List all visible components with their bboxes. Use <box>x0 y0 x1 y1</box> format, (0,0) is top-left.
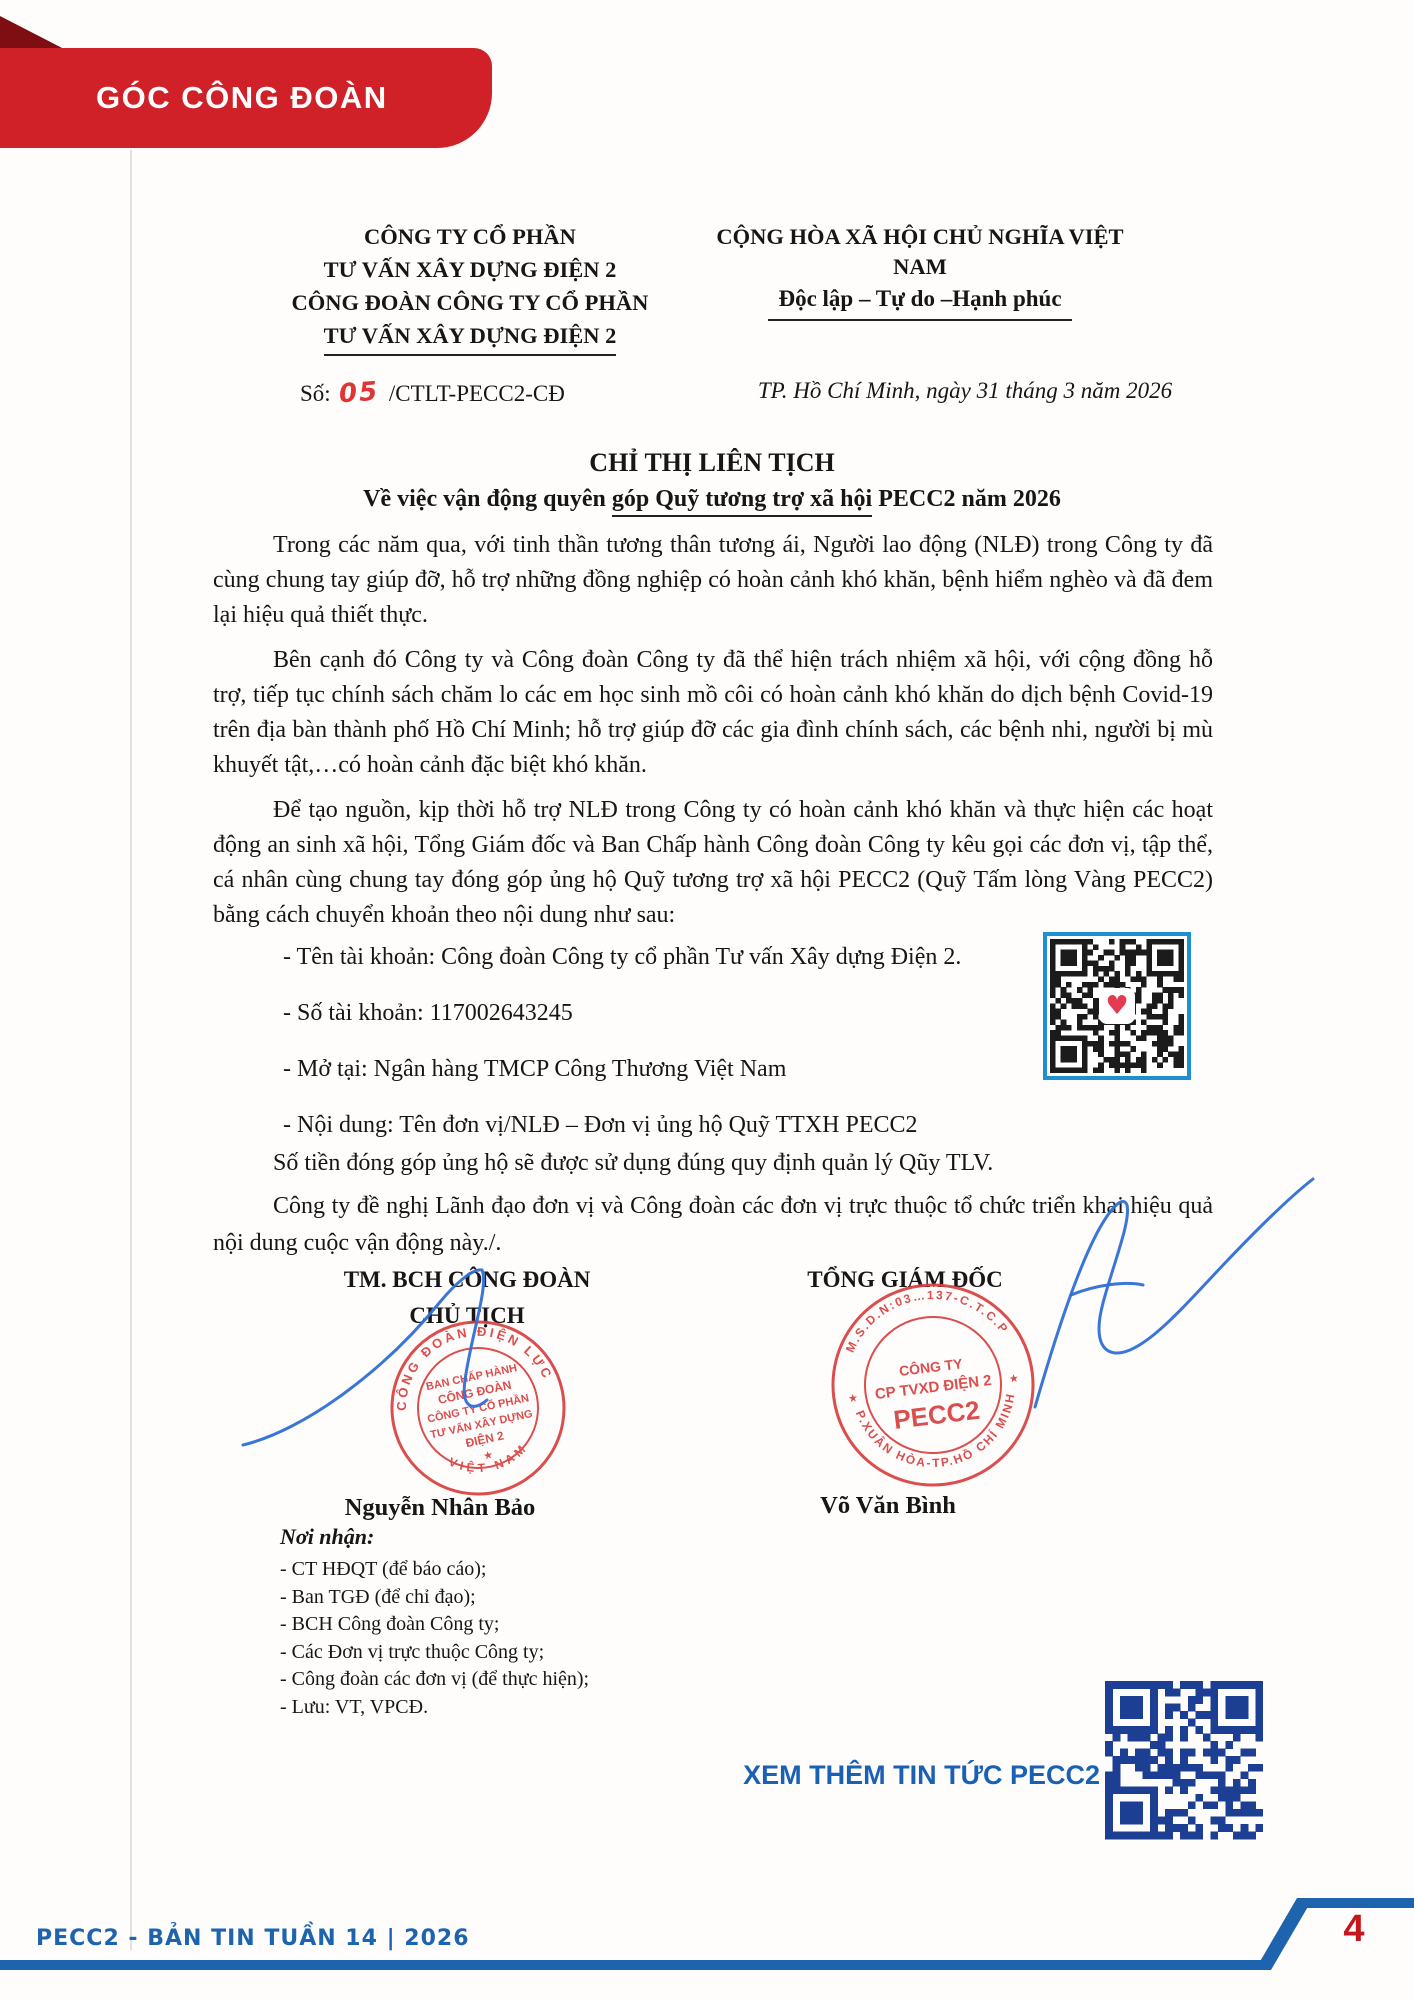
news-promo-label: XEM THÊM TIN TỨC PECC2 <box>600 1760 1100 1791</box>
recipient-item: - Các Đơn vị trực thuộc Công ty; <box>280 1639 800 1667</box>
stamp-line: PECC2 <box>892 1395 982 1435</box>
union-signer-name: Nguyễn Nhân Bảo <box>290 1494 590 1522</box>
document-title-block: CHỈ THỊ LIÊN TỊCH Về việc vận động quyên… <box>207 448 1217 513</box>
handwritten-number: 05 <box>338 377 380 410</box>
account-name-line: - Tên tài khoản: Công đoàn Công ty cổ ph… <box>283 940 1083 975</box>
paragraph: Bên cạnh đó Công ty và Công đoàn Công ty… <box>213 643 1213 783</box>
recipient-item: - BCH Công đoàn Công ty; <box>280 1611 800 1639</box>
heart-logo-icon: ♥ <box>1099 988 1135 1024</box>
donation-qr-code: ♥ <box>1043 932 1191 1080</box>
document-title: CHỈ THỊ LIÊN TỊCH <box>207 448 1217 478</box>
section-banner-label: GÓC CÔNG ĐOÀN <box>96 80 388 116</box>
document-subtitle: Về việc vận động quyên góp Quỹ tương trợ… <box>207 486 1217 513</box>
transfer-content-line: - Nội dung: Tên đơn vị/NLĐ – Đơn vị ủng … <box>283 1108 1083 1143</box>
corner-wedge-shape <box>0 16 66 50</box>
letterhead-issuer: CÔNG TY CỔ PHẦN TƯ VẤN XÂY DỰNG ĐIỆN 2 C… <box>235 220 705 356</box>
recipient-item: - Lưu: VT, VPCĐ. <box>280 1694 800 1722</box>
issuer-line-underlined: TƯ VẤN XÂY DỰNG ĐIỆN 2 <box>324 319 617 356</box>
reference-label: Số: <box>300 381 331 406</box>
issuer-line: CÔNG TY CỔ PHẦN <box>235 220 705 253</box>
issuer-line: TƯ VẤN XÂY DỰNG ĐIỆN 2 <box>235 319 705 356</box>
reference-number-row: Số:05/CTLT-PECC2-CĐ <box>300 378 565 408</box>
director-signer-name: Võ Văn Bình <box>738 1492 1038 1520</box>
letterhead-national: CỘNG HÒA XÃ HỘI CHỦ NGHĨA VIỆT NAM Độc l… <box>690 222 1150 321</box>
section-banner: GÓC CÔNG ĐOÀN <box>0 48 492 148</box>
paragraph: Trong các năm qua, với tinh thần tương t… <box>213 528 1213 633</box>
director-signature-ink <box>975 1135 1320 1435</box>
scan-margin-line <box>130 150 132 1950</box>
issuer-line: TƯ VẤN XÂY DỰNG ĐIỆN 2 <box>235 253 705 286</box>
place-date-line: TP. Hồ Chí Minh, ngày 31 tháng 3 năm 202… <box>720 378 1210 404</box>
recipients-block: Nơi nhận: - CT HĐQT (để báo cáo); - Ban … <box>280 1524 800 1721</box>
news-qr-code <box>1105 1680 1263 1840</box>
footer-newsletter-label: PECC2 - BẢN TIN TUẦN 14 | 2026 <box>36 1926 470 1951</box>
recipients-heading: Nơi nhận: <box>280 1524 800 1550</box>
recipient-item: - Ban TGĐ (để chỉ đạo); <box>280 1584 800 1612</box>
body-paragraphs: Trong các năm qua, với tinh thần tương t… <box>213 528 1213 943</box>
stamp-star-icon: ★ <box>847 1392 858 1405</box>
subtitle-pre: Về việc vận động quyên <box>363 486 612 512</box>
paragraph: Để tạo nguồn, kịp thời hỗ trợ NLĐ trong … <box>213 793 1213 933</box>
bank-name-line: - Mở tại: Ngân hàng TMCP Công Thương Việ… <box>283 1052 1083 1087</box>
national-title: CỘNG HÒA XÃ HỘI CHỦ NGHĨA VIỆT NAM <box>690 222 1150 282</box>
union-signature-ink <box>235 1240 565 1470</box>
reference-code: /CTLT-PECC2-CĐ <box>389 381 565 406</box>
recipient-item: - Công đoàn các đơn vị (để thực hiện); <box>280 1666 800 1694</box>
subtitle-underlined: góp Quỹ tương trợ xã hội <box>612 486 872 517</box>
page-number: 4 <box>1334 1908 1374 1951</box>
account-number-line: - Số tài khoản: 117002643245 <box>283 996 1083 1031</box>
bank-transfer-details: - Tên tài khoản: Công đoàn Công ty cổ ph… <box>283 940 1083 1164</box>
subtitle-post: PECC2 năm 2026 <box>872 486 1061 512</box>
newsletter-page: GÓC CÔNG ĐOÀN CÔNG TY CỔ PHẦN TƯ VẤN XÂY… <box>0 0 1414 2000</box>
national-motto: Độc lập – Tự do –Hạnh phúc <box>768 282 1071 321</box>
issuer-line: CÔNG ĐOÀN CÔNG TY CỔ PHẦN <box>235 286 705 319</box>
recipient-item: - CT HĐQT (để báo cáo); <box>280 1556 800 1584</box>
qr-pattern <box>1105 1680 1263 1840</box>
